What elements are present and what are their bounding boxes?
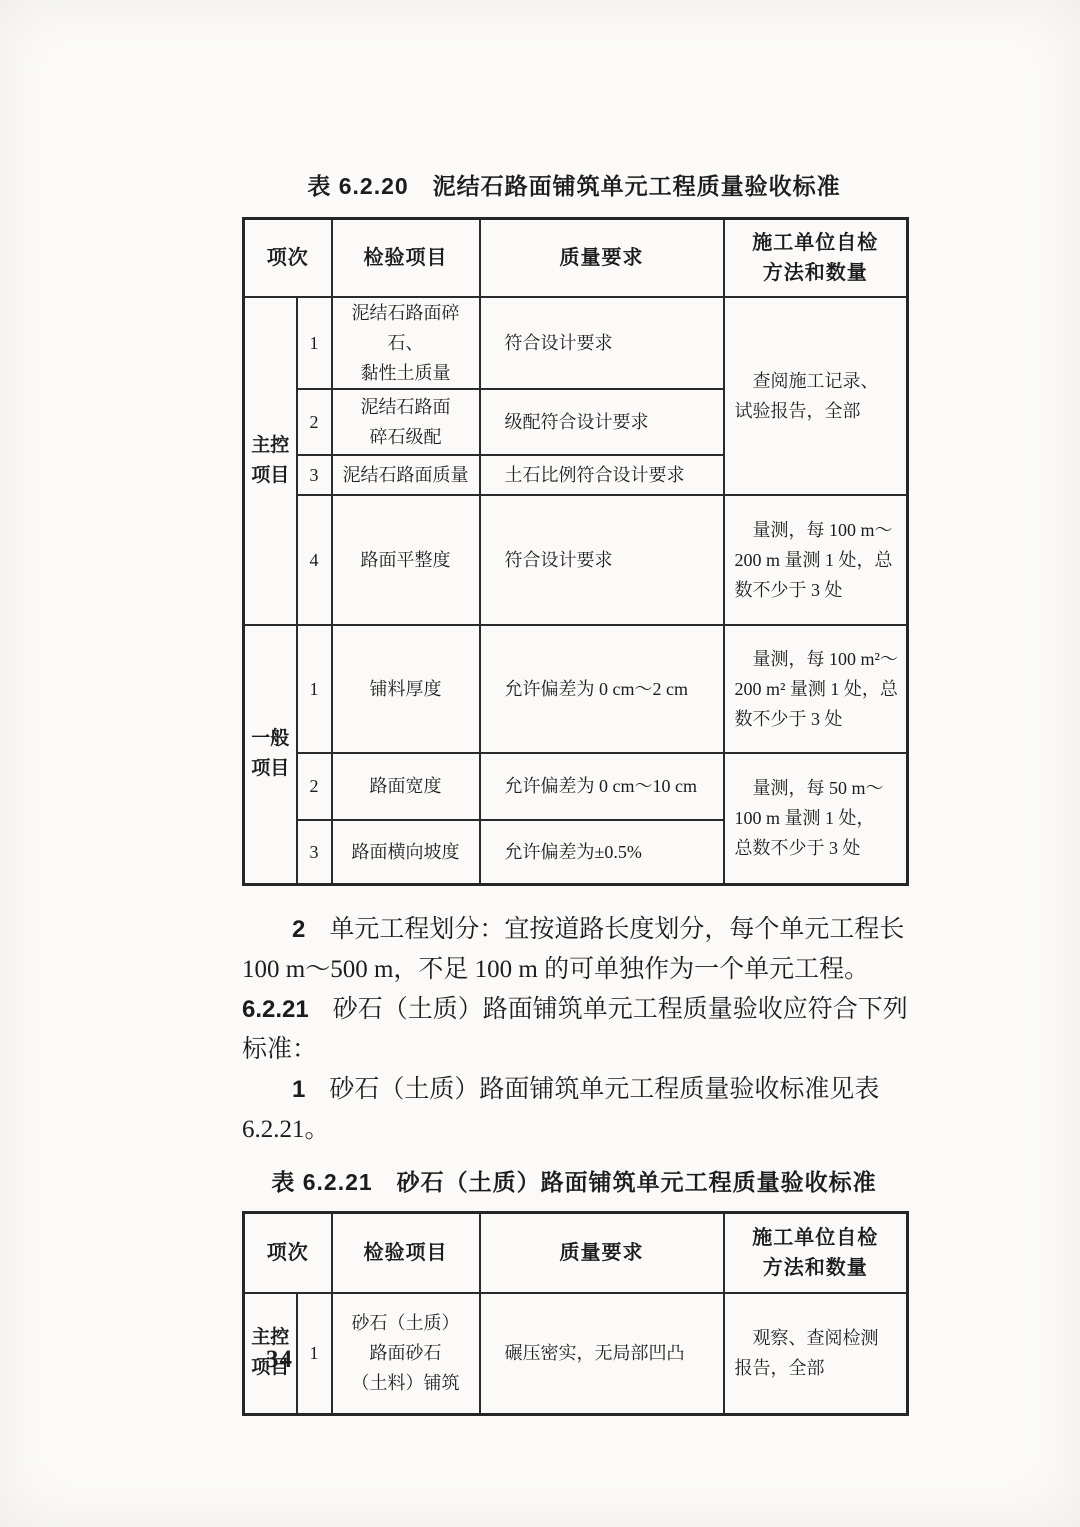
document-page: 表 6.2.20 泥结石路面铺筑单元工程质量验收标准 项次 检验项目 质量要求 … xyxy=(0,0,1080,1527)
cell-quality-requirement: 符合设计要求 xyxy=(480,297,724,389)
paragraph-unit-division: 2单元工程划分：宜按道路长度划分，每个单元工程长 100 m～500 m，不足 … xyxy=(242,910,972,990)
cell-method: 量测，每 100 m～ 200 m 量测 1 处，总 数不少于 3 处 xyxy=(724,495,908,625)
header-inspection-item: 检验项目 xyxy=(332,219,480,297)
table-header-row: 项次 检验项目 质量要求 施工单位自检 方法和数量 xyxy=(244,219,908,297)
cell-item-no: 3 xyxy=(297,820,332,885)
cell-item-no: 4 xyxy=(297,495,332,625)
cell-method: 观察、查阅检测 报告，全部 xyxy=(724,1293,908,1415)
body-text: 2单元工程划分：宜按道路长度划分，每个单元工程长 100 m～500 m，不足 … xyxy=(242,910,972,1150)
list-number: 2 xyxy=(292,916,305,943)
clause-number: 6.2.21 xyxy=(242,996,309,1023)
table-6-2-20: 项次 检验项目 质量要求 施工单位自检 方法和数量 主控 项目 1 泥结石路面碎… xyxy=(242,217,909,886)
cell-inspection-item: 路面横向坡度 xyxy=(332,820,480,885)
cell-inspection-item: 泥结石路面碎石、 黏性土质量 xyxy=(332,297,480,389)
cell-quality-requirement: 符合设计要求 xyxy=(480,495,724,625)
table-6-2-21-title: 表 6.2.21 砂石（土质）路面铺筑单元工程质量验收标准 xyxy=(242,1164,906,1197)
table-row: 一般 项目 1 铺料厚度 允许偏差为 0 cm～2 cm 量测，每 100 m²… xyxy=(244,625,908,753)
cell-item-no: 2 xyxy=(297,753,332,820)
table-row: 主控 项目 1 砂石（土质） 路面砂石 （土料）铺筑 碾压密实，无局部凹凸 观察… xyxy=(244,1293,908,1415)
paragraph-see-table: 1砂石（土质）路面铺筑单元工程质量验收标准见表 6.2.21。 xyxy=(242,1070,972,1150)
cell-quality-requirement: 碾压密实，无局部凹凸 xyxy=(480,1293,724,1415)
cell-quality-requirement: 级配符合设计要求 xyxy=(480,389,724,455)
cell-item-no: 1 xyxy=(297,1293,332,1415)
cell-inspection-item: 路面平整度 xyxy=(332,495,480,625)
table-row: 2 路面宽度 允许偏差为 0 cm～10 cm 量测，每 50 m～ 100 m… xyxy=(244,753,908,820)
cell-inspection-item: 路面宽度 xyxy=(332,753,480,820)
cell-item-no: 1 xyxy=(297,625,332,753)
header-item-no: 项次 xyxy=(244,1213,332,1293)
cell-quality-requirement: 土石比例符合设计要求 xyxy=(480,455,724,495)
cell-inspection-item: 泥结石路面 碎石级配 xyxy=(332,389,480,455)
page-content: 表 6.2.20 泥结石路面铺筑单元工程质量验收标准 项次 检验项目 质量要求 … xyxy=(242,0,972,1416)
cell-quality-requirement: 允许偏差为 0 cm～2 cm xyxy=(480,625,724,753)
table-row: 4 路面平整度 符合设计要求 量测，每 100 m～ 200 m 量测 1 处，… xyxy=(244,495,908,625)
cell-item-no: 1 xyxy=(297,297,332,389)
paragraph-text: 单元工程划分：宜按道路长度划分，每个单元工程长 100 m～500 m，不足 1… xyxy=(242,916,904,983)
cell-method-merged: 查阅施工记录、 试验报告，全部 xyxy=(724,297,908,495)
table-6-2-21: 项次 检验项目 质量要求 施工单位自检 方法和数量 主控 项目 1 砂石（土质）… xyxy=(242,1211,909,1416)
group-general: 一般 项目 xyxy=(244,625,297,885)
cell-method: 量测，每 100 m²～ 200 m² 量测 1 处，总 数不少于 3 处 xyxy=(724,625,908,753)
paragraph-text: 砂石（土质）路面铺筑单元工程质量验收标准见表 6.2.21。 xyxy=(242,1076,879,1143)
paragraph-clause-6-2-21: 6.2.21砂石（土质）路面铺筑单元工程质量验收应符合下列 标准： xyxy=(242,990,972,1070)
header-inspection-item: 检验项目 xyxy=(332,1213,480,1293)
cell-item-no: 3 xyxy=(297,455,332,495)
cell-method-merged: 量测，每 50 m～ 100 m 量测 1 处， 总数不少于 3 处 xyxy=(724,753,908,885)
header-quality-requirement: 质量要求 xyxy=(480,219,724,297)
cell-inspection-item: 泥结石路面质量 xyxy=(332,455,480,495)
table-header-row: 项次 检验项目 质量要求 施工单位自检 方法和数量 xyxy=(244,1213,908,1293)
cell-inspection-item: 砂石（土质） 路面砂石 （土料）铺筑 xyxy=(332,1293,480,1415)
cell-quality-requirement: 允许偏差为 0 cm～10 cm xyxy=(480,753,724,820)
header-quality-requirement: 质量要求 xyxy=(480,1213,724,1293)
paragraph-text: 砂石（土质）路面铺筑单元工程质量验收应符合下列 标准： xyxy=(242,996,908,1063)
group-main-control: 主控 项目 xyxy=(244,297,297,625)
cell-quality-requirement: 允许偏差为±0.5% xyxy=(480,820,724,885)
header-method: 施工单位自检 方法和数量 xyxy=(724,219,908,297)
list-number: 1 xyxy=(292,1076,305,1103)
header-item-no: 项次 xyxy=(244,219,332,297)
table-6-2-20-title: 表 6.2.20 泥结石路面铺筑单元工程质量验收标准 xyxy=(242,168,906,201)
header-method: 施工单位自检 方法和数量 xyxy=(724,1213,908,1293)
cell-item-no: 2 xyxy=(297,389,332,455)
page-number: 34 xyxy=(266,1346,293,1374)
table-row: 主控 项目 1 泥结石路面碎石、 黏性土质量 符合设计要求 查阅施工记录、 试验… xyxy=(244,297,908,389)
cell-inspection-item: 铺料厚度 xyxy=(332,625,480,753)
